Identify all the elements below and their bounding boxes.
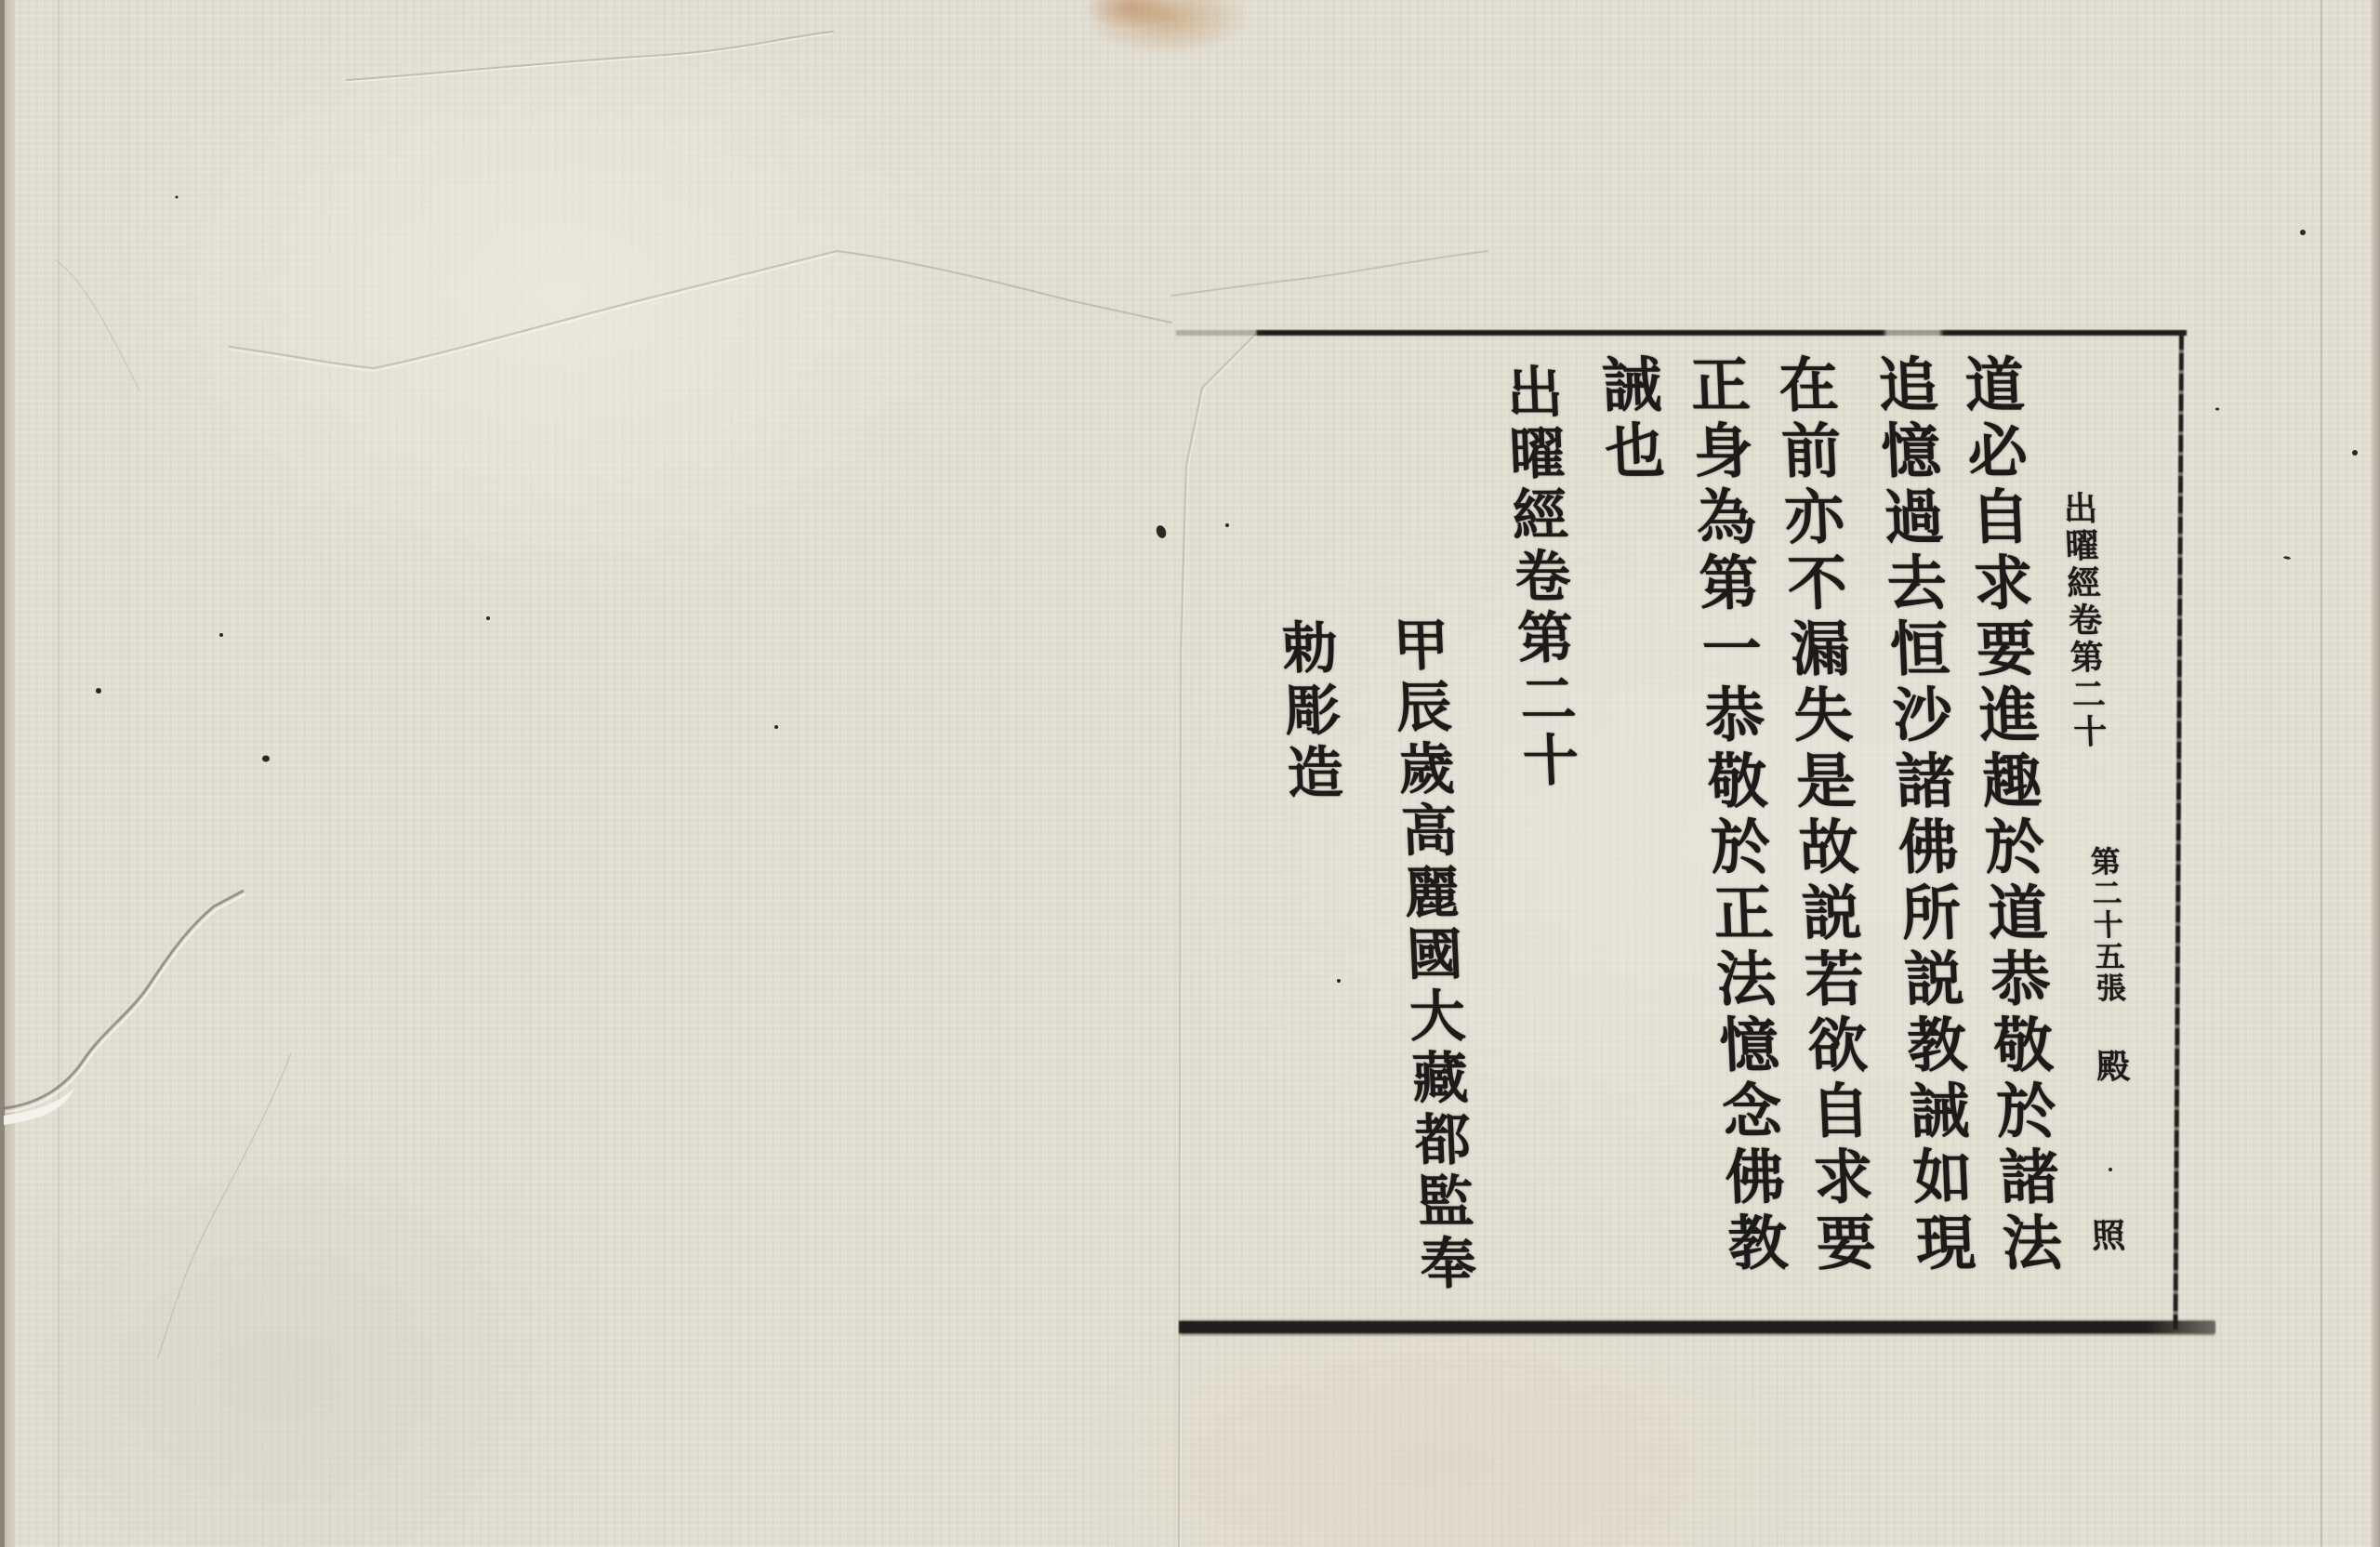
margin-carver-name: 照 bbox=[2089, 1218, 2124, 1255]
text-column-5: 誡也 bbox=[1595, 353, 1660, 485]
text-column-1: 道必自求要進趣於道恭敬於諸法 bbox=[1958, 353, 2057, 1277]
text-column-3: 在前亦不漏失是故説若欲自求要 bbox=[1772, 353, 1871, 1277]
text-column-4: 正身為第一恭敬於正法憶念佛教 bbox=[1684, 353, 1783, 1277]
scanned-page: 道必自求要進趣於道恭敬於諸法 追憶過去恒沙諸佛所説教誡如現 在前亦不漏失是故説若… bbox=[0, 0, 2380, 1547]
margin-sheet-number: 第二十五張 bbox=[2088, 846, 2124, 1004]
margin-case-mark: 殿 bbox=[2094, 1049, 2129, 1086]
margin-sutra-title: 出曜經卷第二十 bbox=[2060, 491, 2105, 751]
text-column-2: 追憶過去恒沙諸佛所説教誡如現 bbox=[1871, 353, 1971, 1277]
printed-text-block: 道必自求要進趣於道恭敬於諸法 追憶過去恒沙諸佛所説教誡如現 在前亦不漏失是故説若… bbox=[0, 0, 2380, 1547]
colophon-decree-line: 勅彫造 bbox=[1276, 618, 1340, 805]
colophon-date-line: 甲辰歲高麗國大藏都監奉 bbox=[1387, 615, 1473, 1296]
colophon-title: 出曜經卷第二十 bbox=[1501, 363, 1575, 792]
